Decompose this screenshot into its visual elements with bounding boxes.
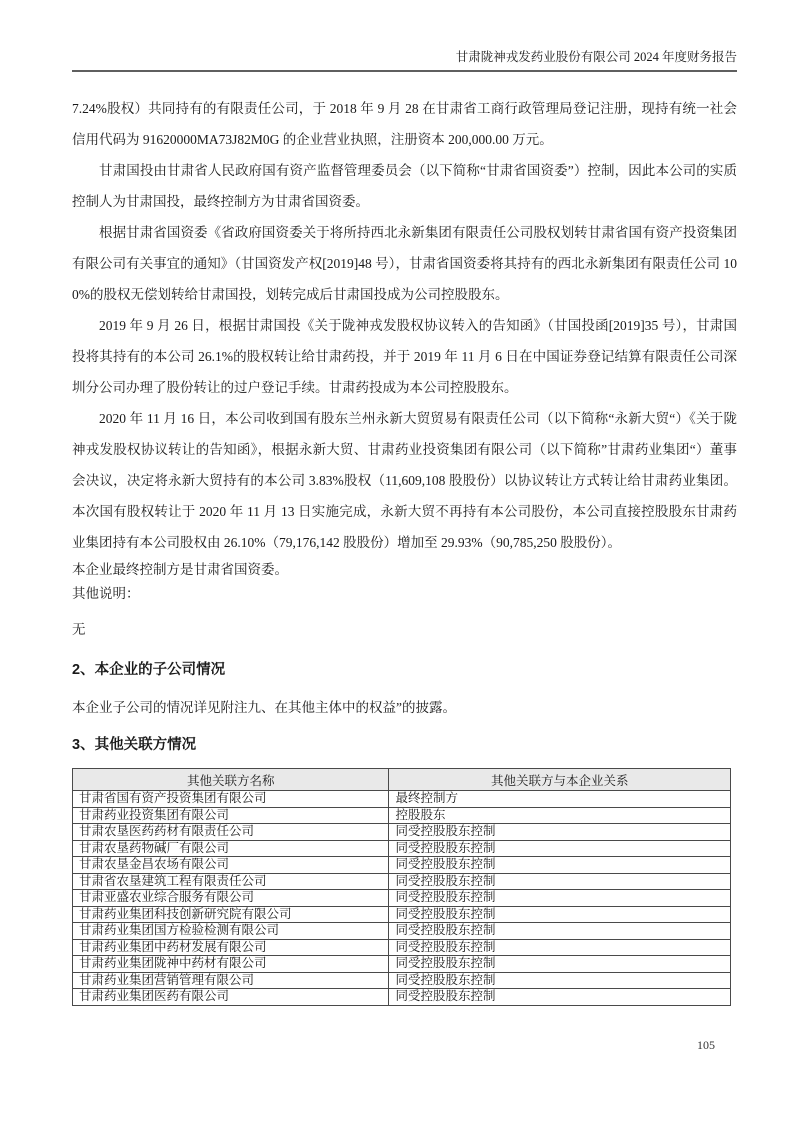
table-row: 甘肃农垦药物碱厂有限公司同受控股股东控制: [73, 840, 731, 857]
section-heading-subsidiaries: 2、本企业的子公司情况: [72, 661, 737, 679]
related-party-name-cell: 甘肃省农垦建筑工程有限责任公司: [73, 873, 389, 890]
table-row: 甘肃省农垦建筑工程有限责任公司同受控股股东控制: [73, 873, 731, 890]
table-row: 甘肃药业集团国方检验检测有限公司同受控股股东控制: [73, 923, 731, 940]
table-row: 甘肃农垦医药药材有限责任公司同受控股股东控制: [73, 824, 731, 841]
relationship-cell: 同受控股股东控制: [389, 972, 731, 989]
other-notes-value: 无: [72, 618, 737, 642]
related-party-name-cell: 甘肃药业集团中药材发展有限公司: [73, 939, 389, 956]
related-party-name-cell: 甘肃省国有资产投资集团有限公司: [73, 791, 389, 808]
related-party-name-cell: 甘肃农垦金昌农场有限公司: [73, 857, 389, 874]
relationship-cell: 同受控股股东控制: [389, 873, 731, 890]
table-row: 甘肃农垦金昌农场有限公司同受控股股东控制: [73, 857, 731, 874]
table-row: 甘肃药业集团中药材发展有限公司同受控股股东控制: [73, 939, 731, 956]
other-notes-label: 其他说明：: [72, 582, 737, 606]
related-party-name-cell: 甘肃药业集团科技创新研究院有限公司: [73, 906, 389, 923]
related-party-name-cell: 甘肃药业投资集团有限公司: [73, 807, 389, 824]
relationship-cell: 同受控股股东控制: [389, 857, 731, 874]
table-row: 甘肃药业集团营销管理有限公司同受控股股东控制: [73, 972, 731, 989]
relationship-cell: 同受控股股东控制: [389, 824, 731, 841]
header-rule: [72, 70, 737, 72]
table-row: 甘肃省国有资产投资集团有限公司最终控制方: [73, 791, 731, 808]
related-party-table: 其他关联方名称 其他关联方与本企业关系 甘肃省国有资产投资集团有限公司最终控制方…: [72, 768, 731, 1006]
ultimate-controller-statement: 本企业最终控制方是甘肃省国资委。: [72, 558, 737, 582]
table-row: 甘肃药业投资集团有限公司控股股东: [73, 807, 731, 824]
table-row: 甘肃药业集团医药有限公司同受控股股东控制: [73, 989, 731, 1006]
subsidiaries-body: 本企业子公司的情况详见附注九、在其他主体中的权益”的披露。: [72, 699, 737, 717]
paragraph-equity-transfer-2019: 2019 年 9 月 26 日，根据甘肃国投《关于陇神戎发股权协议转入的告知函》…: [72, 310, 737, 403]
paragraph-gansu-guotou-control: 甘肃国投由甘肃省人民政府国有资产监督管理委员会（以下简称“甘肃省国资委”）控制，…: [72, 155, 737, 217]
related-party-name-cell: 甘肃亚盛农业综合服务有限公司: [73, 890, 389, 907]
relationship-cell: 同受控股股东控制: [389, 939, 731, 956]
table-row: 甘肃亚盛农业综合服务有限公司同受控股股东控制: [73, 890, 731, 907]
column-header-related-party-name: 其他关联方名称: [73, 769, 389, 791]
paragraph-registration-continued: 7.24%股权）共同持有的有限责任公司，于 2018 年 9 月 28 在甘肃省…: [72, 93, 737, 155]
relationship-cell: 控股股东: [389, 807, 731, 824]
related-party-name-cell: 甘肃农垦医药药材有限责任公司: [73, 824, 389, 841]
report-header-title: 甘肃陇神戎发药业股份有限公司 2024 年度财务报告: [72, 0, 737, 65]
paragraph-equity-transfer-2020: 2020 年 11 月 16 日，本公司收到国有股东兰州永新大贸贸易有限责任公司…: [72, 403, 737, 558]
table-row: 甘肃药业集团科技创新研究院有限公司同受控股股东控制: [73, 906, 731, 923]
relationship-cell: 同受控股股东控制: [389, 956, 731, 973]
relationship-cell: 同受控股股东控制: [389, 840, 731, 857]
body-paragraphs: 7.24%股权）共同持有的有限责任公司，于 2018 年 9 月 28 在甘肃省…: [72, 93, 737, 558]
section-heading-other-related-parties: 3、其他关联方情况: [72, 736, 737, 754]
related-party-name-cell: 甘肃药业集团营销管理有限公司: [73, 972, 389, 989]
relationship-cell: 同受控股股东控制: [389, 890, 731, 907]
page-number: 105: [697, 1038, 715, 1053]
relationship-cell: 同受控股股东控制: [389, 923, 731, 940]
report-page: 甘肃陇神戎发药业股份有限公司 2024 年度财务报告 7.24%股权）共同持有的…: [0, 0, 793, 1122]
table-header-row: 其他关联方名称 其他关联方与本企业关系: [73, 769, 731, 791]
related-party-name-cell: 甘肃药业集团国方检验检测有限公司: [73, 923, 389, 940]
table-row: 甘肃药业集团陇神中药材有限公司同受控股股东控制: [73, 956, 731, 973]
related-party-name-cell: 甘肃药业集团陇神中药材有限公司: [73, 956, 389, 973]
paragraph-equity-transfer-2019-notice: 根据甘肃省国资委《省政府国资委关于将所持西北永新集团有限责任公司股权划转甘肃省国…: [72, 217, 737, 310]
relationship-cell: 同受控股股东控制: [389, 989, 731, 1006]
related-party-name-cell: 甘肃药业集团医药有限公司: [73, 989, 389, 1006]
relationship-cell: 同受控股股东控制: [389, 906, 731, 923]
related-party-name-cell: 甘肃农垦药物碱厂有限公司: [73, 840, 389, 857]
column-header-relationship: 其他关联方与本企业关系: [389, 769, 731, 791]
relationship-cell: 最终控制方: [389, 791, 731, 808]
